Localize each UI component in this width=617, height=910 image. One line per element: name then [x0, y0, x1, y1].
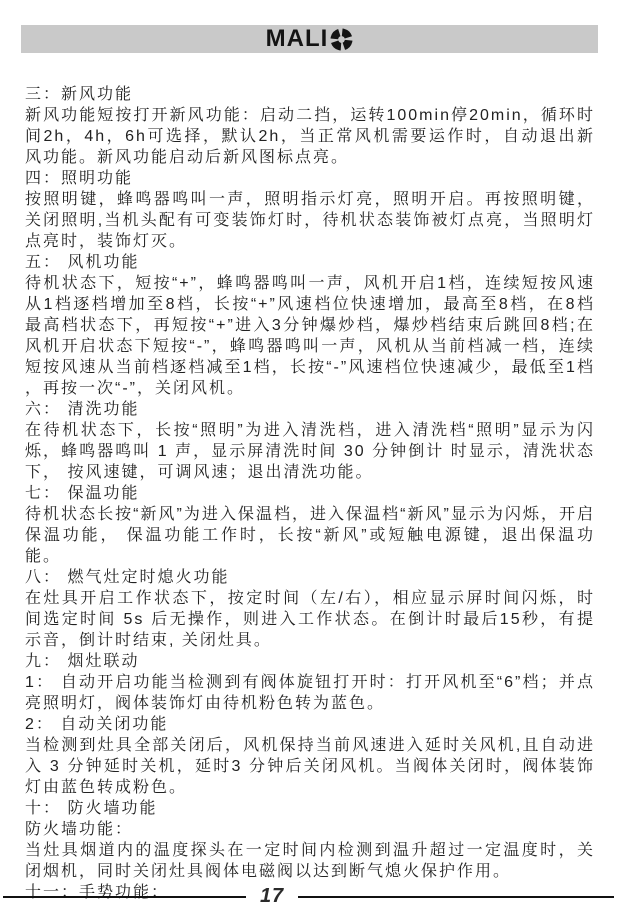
page-footer: 17 [3, 885, 614, 909]
subsection-title: 防火墙功能： [25, 819, 595, 840]
paragraph: 当检测到灶具全部关闭后，风机保持当前风速进入延时关风机,且自动进入 3 分钟延时… [25, 735, 595, 798]
brand-text: MALI [266, 27, 329, 51]
brand-logo: MALI [266, 27, 354, 51]
footer-rule-right [298, 896, 614, 898]
section-title: 三：新风功能 [25, 84, 595, 105]
manual-page: MALI 三：新风功能 新风功能短按打开新风功能：启动二挡，运转100min停2… [0, 0, 617, 910]
section-title: 十： 防火墙功能 [25, 798, 595, 819]
section-title: 六： 清洗功能 [25, 399, 595, 420]
paragraph: 1： 自动开启功能当检测到有阀体旋钮打开时：打开风机至“6”档；并点亮照明灯，阀… [25, 672, 595, 714]
footer-rule-left [3, 896, 246, 898]
paragraph: 按照明键，蜂鸣器鸣叫一声，照明指示灯亮，照明开启。再按照明键，关闭照明,当机头配… [25, 189, 595, 252]
section-title: 七： 保温功能 [25, 483, 595, 504]
paragraph: 待机状态长按“新风”为进入保温档，进入保温档“新风”显示为闪烁，开启保温功能， … [25, 504, 595, 567]
brand-bar: MALI [21, 25, 598, 53]
subsection-title: 2： 自动关闭功能 [25, 714, 595, 735]
section-title: 四：照明功能 [25, 168, 595, 189]
section-title: 九： 烟灶联动 [25, 651, 595, 672]
paragraph: 在灶具开启工作状态下，按定时间（左/右），相应显示屏时间闪烁，时间选定时间 5s… [25, 588, 595, 651]
paragraph: 当灶具烟道内的温度探头在一定时间内检测到温升超过一定温度时，关闭烟机，同时关闭灶… [25, 840, 595, 882]
page-number: 17 [260, 886, 284, 908]
paragraph: 在待机状态下，长按“照明”为进入清洗档，进入清洗档“照明”显示为闪烁，蜂鸣器鸣叫… [25, 420, 595, 483]
paragraph: 待机状态下，短按“+”，蜂鸣器鸣叫一声，风机开启1档，连续短按风速从1档逐档增加… [25, 273, 595, 399]
paragraph: 新风功能短按打开新风功能：启动二挡，运转100min停20min，循环时间2h，… [25, 105, 595, 168]
section-title: 八： 燃气灶定时熄火功能 [25, 567, 595, 588]
shutter-circle-o-icon [330, 28, 353, 51]
manual-content: 三：新风功能 新风功能短按打开新风功能：启动二挡，运转100min停20min，… [25, 84, 595, 903]
section-title: 五： 风机功能 [25, 252, 595, 273]
